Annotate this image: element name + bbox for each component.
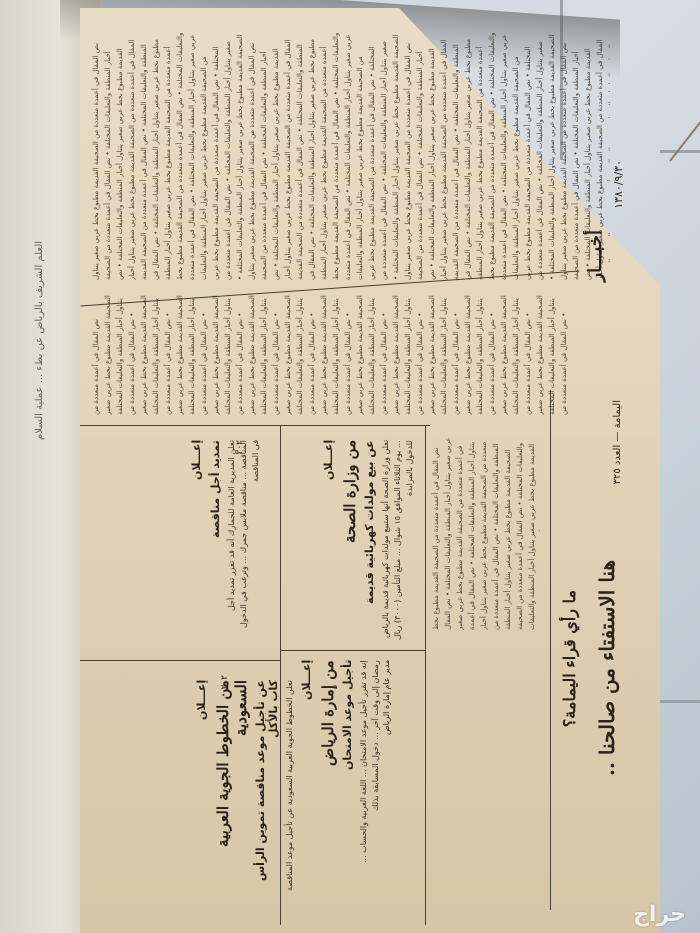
ad-from: من وزارة الصحة <box>341 440 359 640</box>
ad-label: إعـــلان <box>195 680 208 900</box>
masthead: اليمامة — العدد ٣٢٥ <box>612 400 623 484</box>
ad-label: إعـــلان <box>300 660 313 880</box>
underlying-sheet-text: العلم الشريف بالرياض عن بطء ... عملية ال… <box>34 80 54 440</box>
ad-customs-tender: إعـــلان تمديد أجل مناقصة تعلن المديرية … <box>190 440 262 640</box>
subheadline: ما رأي قراء اليمامة؟ <box>560 590 579 727</box>
ad-body: إنه قد تقرر تأجيل موعد الامتحان ... اللغ… <box>358 660 382 880</box>
ad-subject: عن تأجيل موعد مناقصة تموين الرأس كاب بال… <box>254 680 280 900</box>
ad-riyadh-emirate: إعـــلان من إمارة الرياض تأجيل موعد الام… <box>300 660 391 880</box>
ad-label: إعـــلان <box>322 440 335 640</box>
section-title: أخبـــار <box>585 230 606 282</box>
headline: هنا الاستفتاء من صالحنا .. <box>595 560 619 776</box>
article-columns-top: نص المقال في أعمدة متعددة من الصحيفة الق… <box>90 30 610 280</box>
ad-body: تعلن المديرية العامة للجمارك أنه قد تقرر… <box>226 440 262 640</box>
ad-label: إعـــلان <box>190 440 203 640</box>
headline-rule <box>550 390 551 910</box>
ad-from: من الخطوط الجوية العربية السعودية <box>214 680 250 900</box>
ad-signature: مدير عام إمارة الرياض <box>382 660 391 874</box>
ad-subject: تأجيل موعد الامتحان <box>341 660 354 880</box>
haraj-watermark: حراج <box>633 902 686 927</box>
issue-date: ١٣٨٠/٩/٣٠ <box>612 160 625 209</box>
ad-body: تعلن وزارة الصحة أنها ستبيع مولدات كهربا… <box>380 440 450 640</box>
ad-body: تعلن الخطوط الجوية العربية السعودية عن ت… <box>284 680 296 900</box>
ad-subject: تمديد أجل مناقصة <box>209 440 222 640</box>
ad-ministry-of-health: إعـــلان من وزارة الصحة عن بيع مولدات كه… <box>322 440 450 640</box>
ad-divider <box>280 650 425 651</box>
ad-divider <box>80 425 430 426</box>
ad-saudi-airlines: إعـــلان من الخطوط الجوية العربية السعود… <box>195 680 296 900</box>
ad-subject: عن بيع مولدات كهربائية قديمة <box>363 440 376 640</box>
ad-from: من إمارة الرياض <box>319 660 337 880</box>
ad-divider <box>80 660 280 661</box>
article-columns-middle: نص المقال في أعمدة متعددة من الصحيفة الق… <box>90 295 570 415</box>
